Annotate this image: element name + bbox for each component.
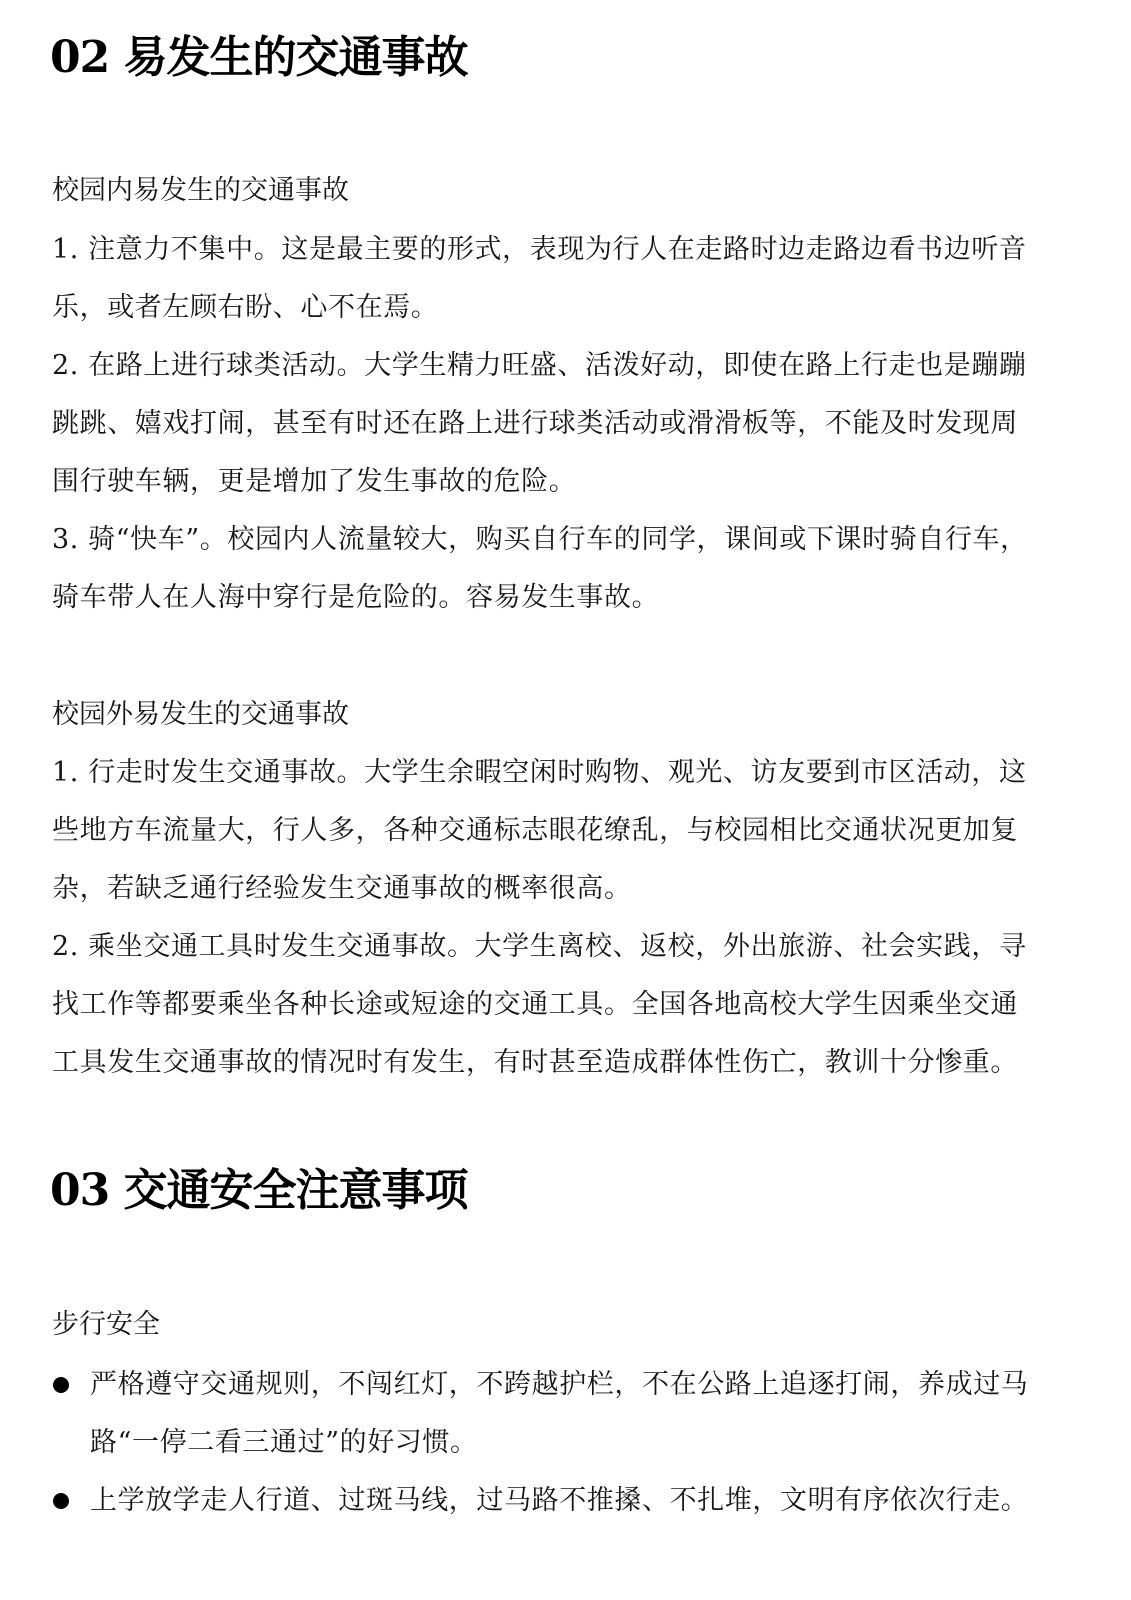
paragraph-line: 跳跳、嬉戏打闹，甚至有时还在路上进行球类活动或滑滑板等，不能及时发现周: [52, 406, 1092, 442]
paragraph-line: 乐，或者左顾右盼、心不在焉。: [52, 290, 1092, 326]
paragraph-line: 1. 注意力不集中。这是最主要的形式，表现为行人在走路时边走路边看书边听音: [52, 232, 1092, 268]
paragraph-line: 骑车带人在人海中穿行是危险的。容易发生事故。: [52, 580, 1092, 616]
section-02-title: 02 易发生的交通事故: [50, 33, 468, 83]
bullet-text: 上学放学走人行道、过斑马线，过马路不推搡、不扎堆，文明有序依次行走。: [90, 1483, 1028, 1519]
section-03-title: 03 交通安全注意事项: [50, 1166, 468, 1216]
paragraph-line: 2. 在路上进行球类活动。大学生精力旺盛、活泼好动，即使在路上行走也是蹦蹦: [52, 348, 1092, 384]
paragraph-line: 2. 乘坐交通工具时发生交通事故。大学生离校、返校，外出旅游、社会实践，寻: [52, 929, 1092, 965]
document-page: 02 易发生的交通事故 校园内易发生的交通事故 1. 注意力不集中。这是最主要的…: [0, 0, 1131, 1600]
walking-safety-heading: 步行安全: [52, 1307, 160, 1343]
on-campus-heading: 校园内易发生的交通事故: [52, 173, 349, 209]
paragraph-line: 围行驶车辆，更是增加了发生事故的危险。: [52, 464, 1092, 500]
paragraph-line: 找工作等都要乘坐各种长途或短途的交通工具。全国各地高校大学生因乘坐交通: [52, 987, 1092, 1023]
paragraph-line: 杂，若缺乏通行经验发生交通事故的概率很高。: [52, 871, 1092, 907]
paragraph-line: 1. 行走时发生交通事故。大学生余暇空闲时购物、观光、访友要到市区活动，这: [52, 755, 1092, 791]
paragraph-line: 工具发生交通事故的情况时有发生，有时甚至造成群体性伤亡，教训十分惨重。: [52, 1045, 1092, 1081]
bullet-text: 严格遵守交通规则，不闯红灯，不跨越护栏，不在公路上追逐打闹，养成过马: [90, 1367, 1028, 1403]
paragraph-line: 些地方车流量大，行人多，各种交通标志眼花缭乱，与校园相比交通状况更加复: [52, 813, 1092, 849]
bullet-text: 路“一停二看三通过”的好习惯。: [90, 1425, 478, 1461]
off-campus-heading: 校园外易发生的交通事故: [52, 697, 349, 733]
bullet-icon: [53, 1377, 69, 1393]
bullet-icon: [53, 1493, 69, 1509]
paragraph-line: 3. 骑“快车”。校园内人流量较大，购买自行车的同学，课间或下课时骑自行车，: [52, 522, 1092, 558]
